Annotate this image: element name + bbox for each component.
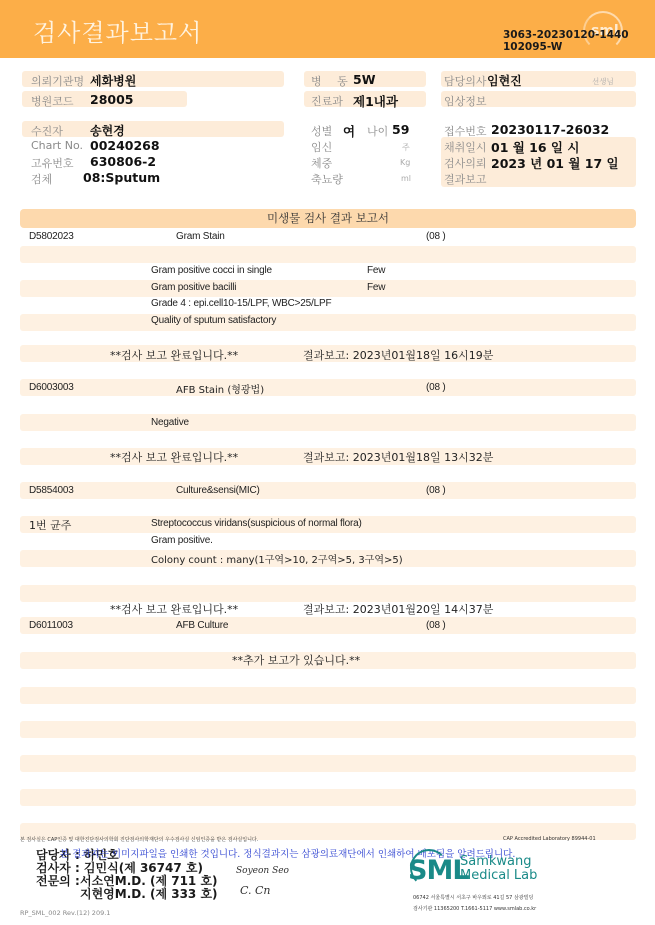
chart-label: Chart No.	[31, 139, 83, 152]
report-time: 결과보고: 2023년01월18일 13시32분	[303, 449, 493, 465]
institution-value: 세화병원	[90, 72, 136, 89]
result-value: Few	[367, 265, 385, 276]
age-value: 59	[392, 122, 409, 137]
reported-label: 결과보고	[444, 171, 487, 187]
test-name: AFB Stain (형광법)	[176, 381, 264, 396]
test-specimen: (08 )	[426, 231, 446, 242]
accreditation-note: 본 검사실은 CAP인증 및 대한진단검사의학회 진단검사의학재단의 우수검사실…	[20, 836, 258, 843]
row-stripe	[20, 585, 636, 602]
status-text: **추가 보고가 있습니다.**	[232, 652, 360, 668]
form-number: RP_SML_002 Rev.(12) 209.1	[20, 909, 110, 917]
lab-name-line-1: Samkwang	[460, 855, 537, 869]
result-value: Few	[367, 282, 385, 293]
lab-name-line-2: Medical Lab	[460, 869, 537, 883]
status-text: **검사 보고 완료입니다.**	[110, 449, 238, 465]
weight-label: 체중	[311, 155, 332, 171]
dept-label: 진료과	[311, 93, 343, 109]
pregnancy-unit: 주	[402, 142, 410, 153]
doctor-suffix: 선생님	[592, 76, 614, 87]
pregnancy-label: 임신	[311, 139, 332, 155]
isolate-label: 1번 균주	[29, 517, 71, 533]
row-stripe	[20, 789, 636, 806]
report-id: 3063-20230120-1440	[503, 29, 629, 41]
result-text: Gram positive bacilli	[151, 282, 236, 293]
row-stripe	[20, 617, 636, 634]
requested-value: 2023 년 01 월 17 일	[491, 154, 619, 172]
doctor-value: 임현진	[487, 72, 522, 89]
row-stripe	[20, 414, 636, 431]
status-text: **검사 보고 완료입니다.**	[110, 601, 238, 617]
result-text: Negative	[151, 417, 189, 428]
unique-no-label: 고유번호	[31, 155, 74, 171]
report-time: 결과보고: 2023년01월18일 16시19분	[303, 347, 493, 363]
test-code: D5802023	[29, 231, 74, 242]
lab-name: Samkwang Medical Lab	[460, 855, 537, 883]
weight-unit: Kg	[400, 158, 410, 167]
specimen-label: 검체	[31, 171, 52, 187]
report-time: 결과보고: 2023년01월20일 14시37분	[303, 601, 493, 617]
staff-specialist-2: 지현영M.D. (제 333 호)	[80, 888, 218, 901]
institution-label: 의뢰기관명	[31, 73, 84, 89]
test-code: D5854003	[29, 485, 74, 496]
urine-label: 축뇨량	[311, 171, 343, 187]
test-code: D6003003	[29, 382, 74, 393]
clinical-info-label: 임상정보	[444, 93, 487, 109]
test-specimen: (08 )	[426, 620, 446, 631]
sex-label: 성별	[311, 123, 332, 139]
age-label: 나이	[367, 123, 388, 139]
test-name: Culture&sensi(MIC)	[176, 485, 260, 496]
test-name: AFB Culture	[176, 620, 228, 631]
row-stripe	[20, 721, 636, 738]
test-specimen: (08 )	[426, 485, 446, 496]
lab-address: 06742 서울특별시 서초구 바우뫼로 41길 57 삼광빌딩	[413, 894, 533, 901]
row-stripe	[20, 755, 636, 772]
sex-value: 여	[343, 122, 355, 140]
test-specimen: (08 )	[426, 382, 446, 393]
result-text: Quality of sputum satisfactory	[151, 315, 276, 326]
dept-value: 제1내과	[353, 92, 398, 110]
row-stripe	[20, 246, 636, 263]
row-stripe	[20, 687, 636, 704]
collected-label: 채취일시	[444, 139, 487, 155]
result-text: Gram positive.	[151, 535, 213, 546]
status-text: **검사 보고 완료입니다.**	[110, 347, 238, 363]
doctor-label: 담당의사	[444, 73, 487, 89]
hospital-code-label: 병원코드	[31, 93, 74, 109]
urine-unit: ml	[401, 174, 411, 183]
requested-label: 검사의뢰	[444, 155, 487, 171]
report-ids: 3063-20230120-1440 102095-W	[503, 29, 629, 53]
ward-label: 병 동	[311, 73, 354, 89]
test-code: D6011003	[29, 620, 73, 631]
ward-value: 5W	[353, 72, 376, 87]
cap-note: CAP Accredited Laboratory 89944-01	[503, 836, 596, 842]
row-stripe	[20, 280, 636, 297]
result-text: Colony count : many(1구역>10, 2구역>5, 3구역>5…	[151, 551, 403, 566]
patient-value: 송현경	[90, 122, 125, 139]
patient-label: 수진자	[31, 123, 63, 139]
row-stripe	[20, 314, 636, 331]
lab-contact: 검사기관 11365200 T.1661-5117 www.smlab.co.k…	[413, 905, 536, 912]
unique-no-value: 630806-2	[90, 154, 156, 169]
row-stripe	[20, 379, 636, 396]
chart-value: 00240268	[90, 138, 160, 153]
result-text: Gram positive cocci in single	[151, 265, 272, 276]
accession-label: 접수번호	[444, 123, 487, 139]
accession-value: 20230117-26032	[491, 122, 609, 137]
report-title: 검사결과보고서	[33, 13, 202, 48]
result-text: Streptococcus viridans(suspicious of nor…	[151, 518, 362, 529]
test-name: Gram Stain	[176, 231, 225, 242]
section-title: 미생물 검사 결과 보고서	[20, 209, 636, 228]
staff-specialist-label: 전문의 :	[36, 875, 80, 888]
report-sub-id: 102095-W	[503, 41, 629, 53]
row-stripe	[20, 482, 636, 499]
hospital-code-value: 28005	[90, 92, 134, 107]
signature-2: C. Cn	[240, 884, 271, 897]
signature-1: Soyeon Seo	[236, 866, 289, 876]
result-text: Grade 4 : epi.cell10-15/LPF, WBC>25/LPF	[151, 298, 331, 309]
specimen-value: 08:Sputum	[83, 170, 160, 185]
